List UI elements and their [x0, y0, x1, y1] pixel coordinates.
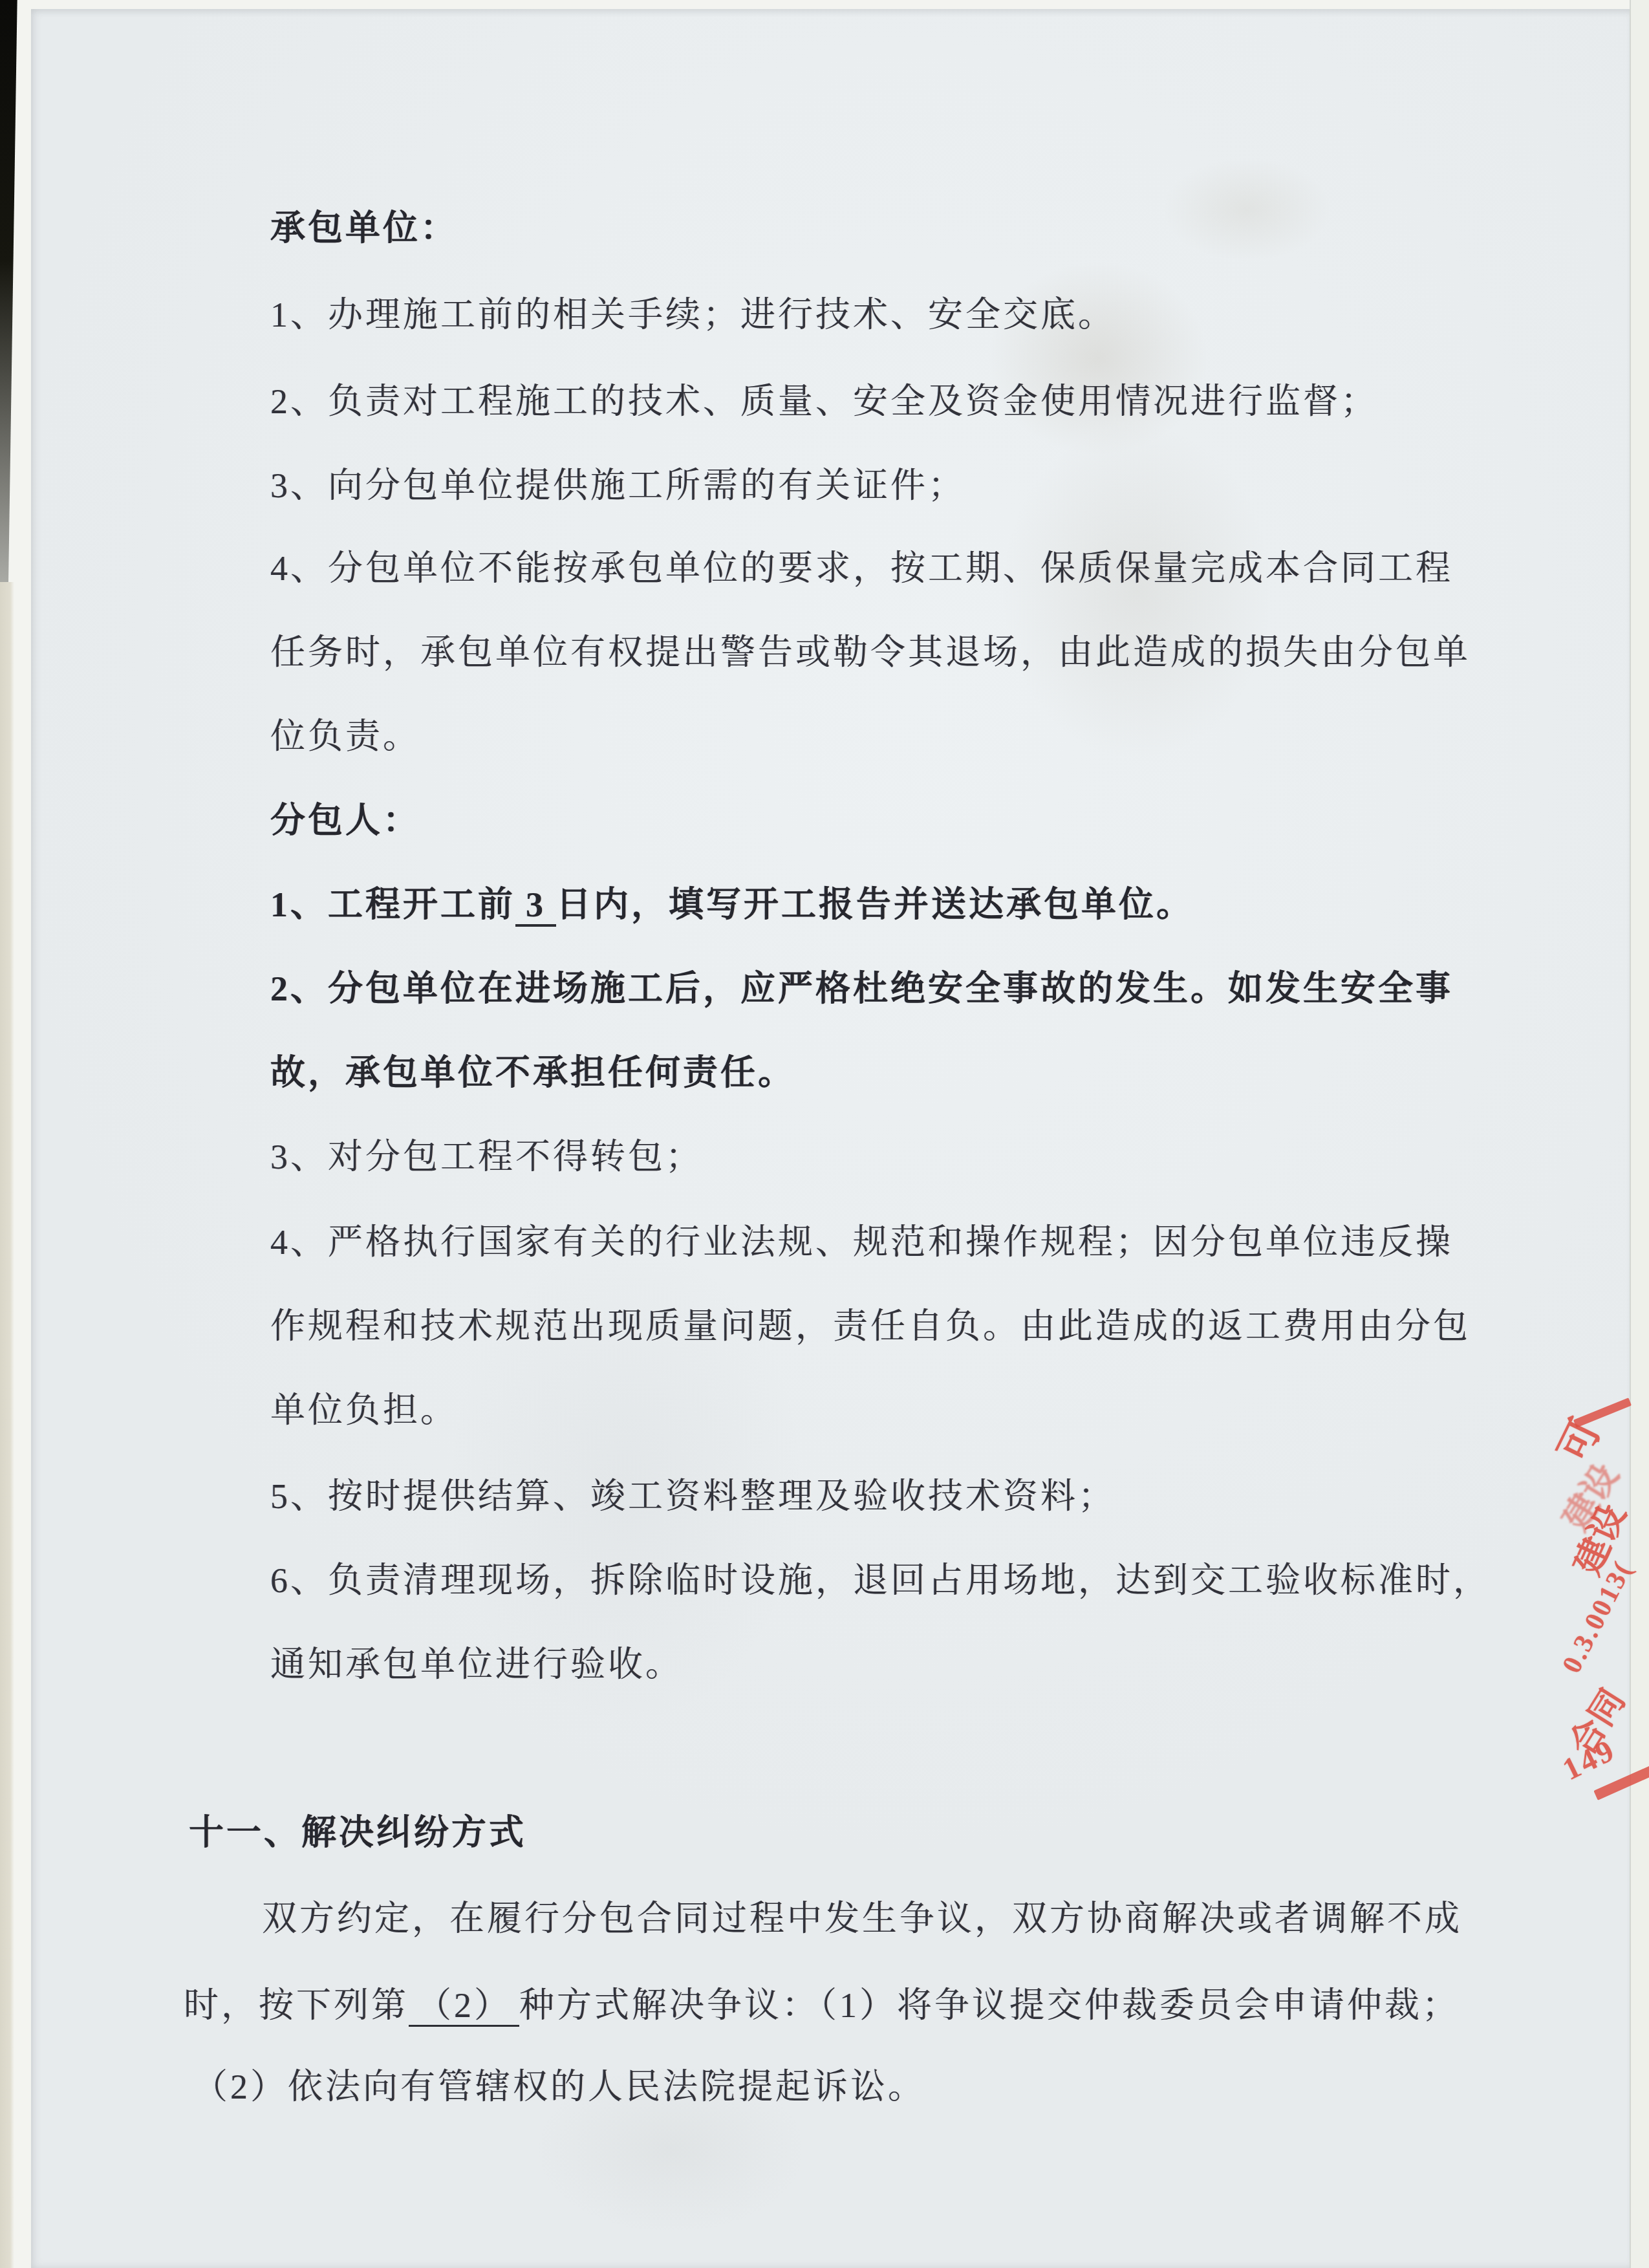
contractor-heading: 承包单位：	[270, 208, 458, 248]
dispute-para-line3: （2）依法向有管辖权的人民法院提起诉讼。	[193, 2067, 925, 2107]
subcontractor-item-2-line2: 故，承包单位不承担任何责任。	[270, 1053, 795, 1093]
paper-smudge	[988, 261, 1208, 455]
contractor-item-2: 2、负责对工程施工的技术、质量、安全及资金使用情况进行监督；	[270, 382, 1378, 422]
subcontractor-item-6-line1: 6、负责清理现场，拆除临时设施，退回占用场地，达到交工验收标准时，	[270, 1561, 1491, 1601]
contractor-item-3: 3、向分包单位提供施工所需的有关证件；	[270, 466, 965, 506]
contractor-item-4-line1: 4、分包单位不能按承包单位的要求，按工期、保质保量完成本合同工程	[270, 548, 1453, 589]
subcontractor-item-3: 3、对分包工程不得转包；	[270, 1137, 703, 1177]
dispute-para-line1: 双方约定，在履行分包合同过程中发生争议，双方协商解决或者调解不成	[262, 1899, 1462, 1939]
subcontractor-item-6-line2: 通知承包单位进行验收。	[270, 1645, 683, 1685]
subcontractor-item-2-line1: 2、分包单位在进场施工后，应严格杜绝安全事故的发生。如发生安全事	[270, 969, 1453, 1009]
contractor-item-4-line2: 任务时，承包单位有权提出警告或勒令其退场，由此造成的损失由分包单	[270, 632, 1471, 673]
dispute-clause-heading: 十一、解决纠纷方式	[189, 1813, 526, 1853]
paper-smudge	[1001, 423, 1273, 759]
item-1-text-post: 日内，填写开工报告并送达承包单位。	[556, 885, 1194, 924]
scanned-contract-page: 承包单位： 1、办理施工前的相关手续；进行技术、安全交底。 2、负责对工程施工的…	[0, 0, 1649, 2268]
paper-edge-strip	[0, 582, 14, 2268]
contractor-item-1: 1、办理施工前的相关手续；进行技术、安全交底。	[270, 295, 1115, 335]
filled-blank-method: （2）	[409, 1986, 519, 2027]
page-right-edge	[1630, 0, 1649, 2268]
subcontractor-item-5: 5、按时提供结算、竣工资料整理及验收技术资料；	[270, 1476, 1115, 1517]
dispute-para-line2: 时，按下列第（2）种方式解决争议：（1）将争议提交仲裁委员会申请仲裁；	[184, 1985, 1460, 2025]
contractor-item-4-line3: 位负责。	[270, 717, 420, 757]
subcontractor-heading: 分包人：	[270, 801, 420, 841]
subcontractor-item-1: 1、工程开工前3日内，填写开工报告并送达承包单位。	[270, 885, 1194, 925]
subcontractor-item-4-line2: 作规程和技术规范出现质量问题，责任自负。由此造成的返工费用由分包	[270, 1306, 1471, 1346]
subcontractor-item-4-line1: 4、严格执行国家有关的行业法规、规范和操作规程；因分包单位违反操	[270, 1222, 1453, 1262]
item-1-text-pre: 1、工程开工前	[270, 885, 515, 924]
subcontractor-item-4-line3: 单位负担。	[270, 1390, 458, 1431]
line2-text-post: 种方式解决争议：（1）将争议提交仲裁委员会申请仲裁；	[519, 1986, 1460, 2025]
filled-blank-days: 3	[515, 885, 556, 927]
line2-text-pre: 时，按下列第	[184, 1986, 409, 2025]
paper-smudge	[1163, 158, 1331, 261]
